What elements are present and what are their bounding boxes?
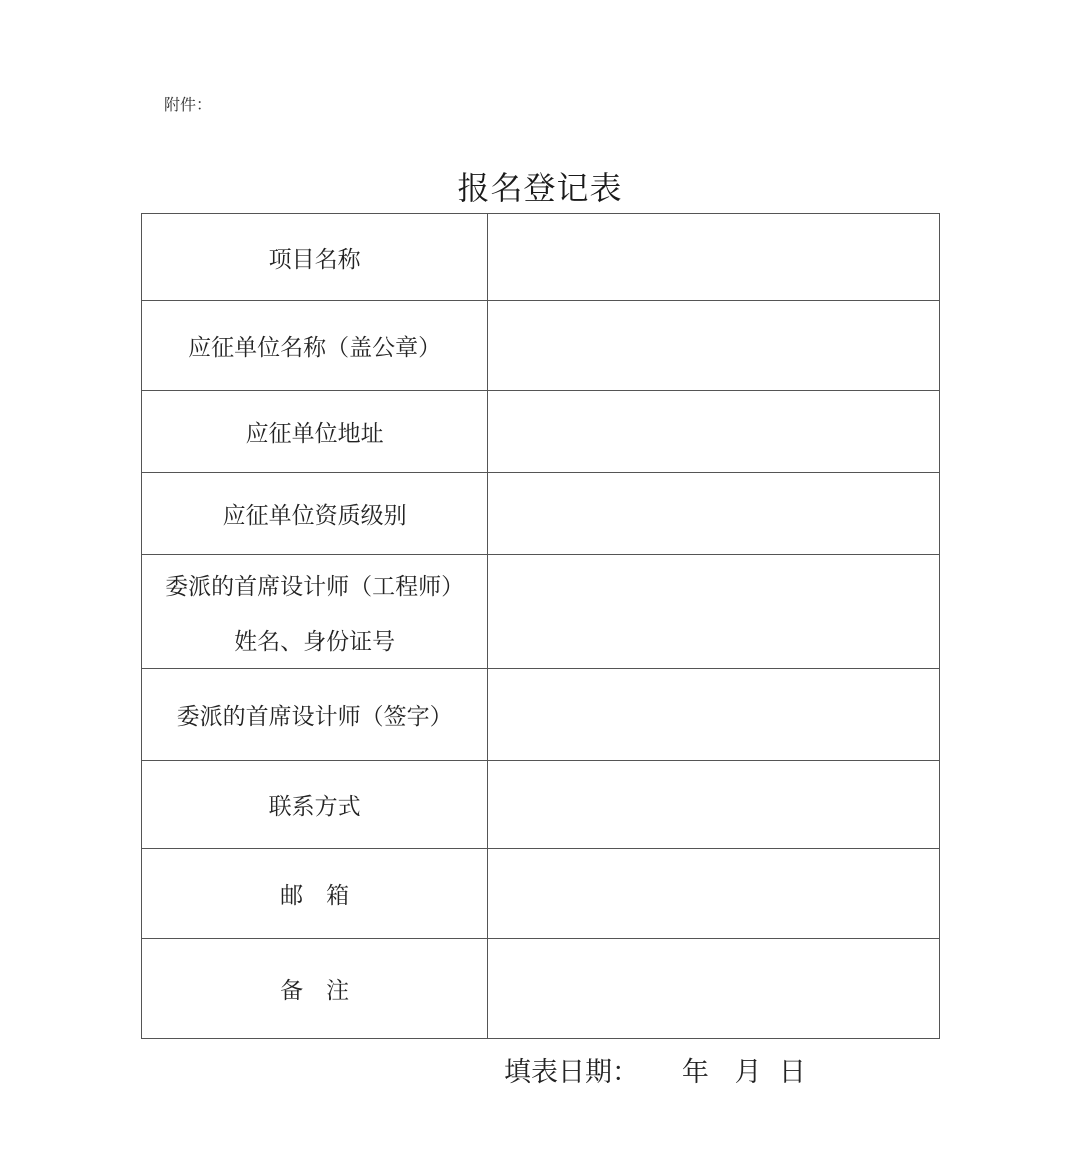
field-remarks[interactable] xyxy=(488,939,940,1039)
table-row: 邮 箱 xyxy=(142,849,940,939)
table-row: 应征单位名称（盖公章） xyxy=(142,301,940,391)
row-label-unit-address: 应征单位地址 xyxy=(142,391,488,473)
date-day: 日 xyxy=(779,1057,806,1088)
row-label-remarks: 备 注 xyxy=(142,939,488,1039)
row-label-email: 邮 箱 xyxy=(142,849,488,939)
row-label-chief-designer: 委派的首席设计师（工程师） 姓名、身份证号 xyxy=(142,555,488,669)
field-contact[interactable] xyxy=(488,761,940,849)
date-month: 月 xyxy=(735,1057,762,1088)
field-qualification[interactable] xyxy=(488,473,940,555)
row-label-qualification: 应征单位资质级别 xyxy=(142,473,488,555)
form-title: 报名登记表 xyxy=(0,163,1080,209)
chief-designer-line2: 姓名、身份证号 xyxy=(142,623,487,656)
table-row: 应征单位地址 xyxy=(142,391,940,473)
date-label: 填表日期： xyxy=(504,1057,639,1088)
field-chief-designer[interactable] xyxy=(488,555,940,669)
table-row: 备 注 xyxy=(142,939,940,1039)
date-year: 年 xyxy=(682,1057,709,1088)
field-unit-name[interactable] xyxy=(488,301,940,391)
table-row: 联系方式 xyxy=(142,761,940,849)
table-row: 委派的首席设计师（签字） xyxy=(142,669,940,761)
field-project-name[interactable] xyxy=(488,214,940,301)
row-label-unit-name: 应征单位名称（盖公章） xyxy=(142,301,488,391)
chief-designer-line1: 委派的首席设计师（工程师） xyxy=(165,574,464,600)
registration-form-table: 项目名称 应征单位名称（盖公章） 应征单位地址 应征单位资质级别 委派的首席设计… xyxy=(141,213,940,1039)
field-email[interactable] xyxy=(488,849,940,939)
fill-date: 填表日期： 年 月 日 xyxy=(504,1050,806,1089)
row-label-contact: 联系方式 xyxy=(142,761,488,849)
field-designer-signature[interactable] xyxy=(488,669,940,761)
table-row: 委派的首席设计师（工程师） 姓名、身份证号 xyxy=(142,555,940,669)
field-unit-address[interactable] xyxy=(488,391,940,473)
table-row: 应征单位资质级别 xyxy=(142,473,940,555)
attachment-label: 附件： xyxy=(164,92,212,115)
row-label-designer-signature: 委派的首席设计师（签字） xyxy=(142,669,488,761)
row-label-project-name: 项目名称 xyxy=(142,214,488,301)
table-row: 项目名称 xyxy=(142,214,940,301)
